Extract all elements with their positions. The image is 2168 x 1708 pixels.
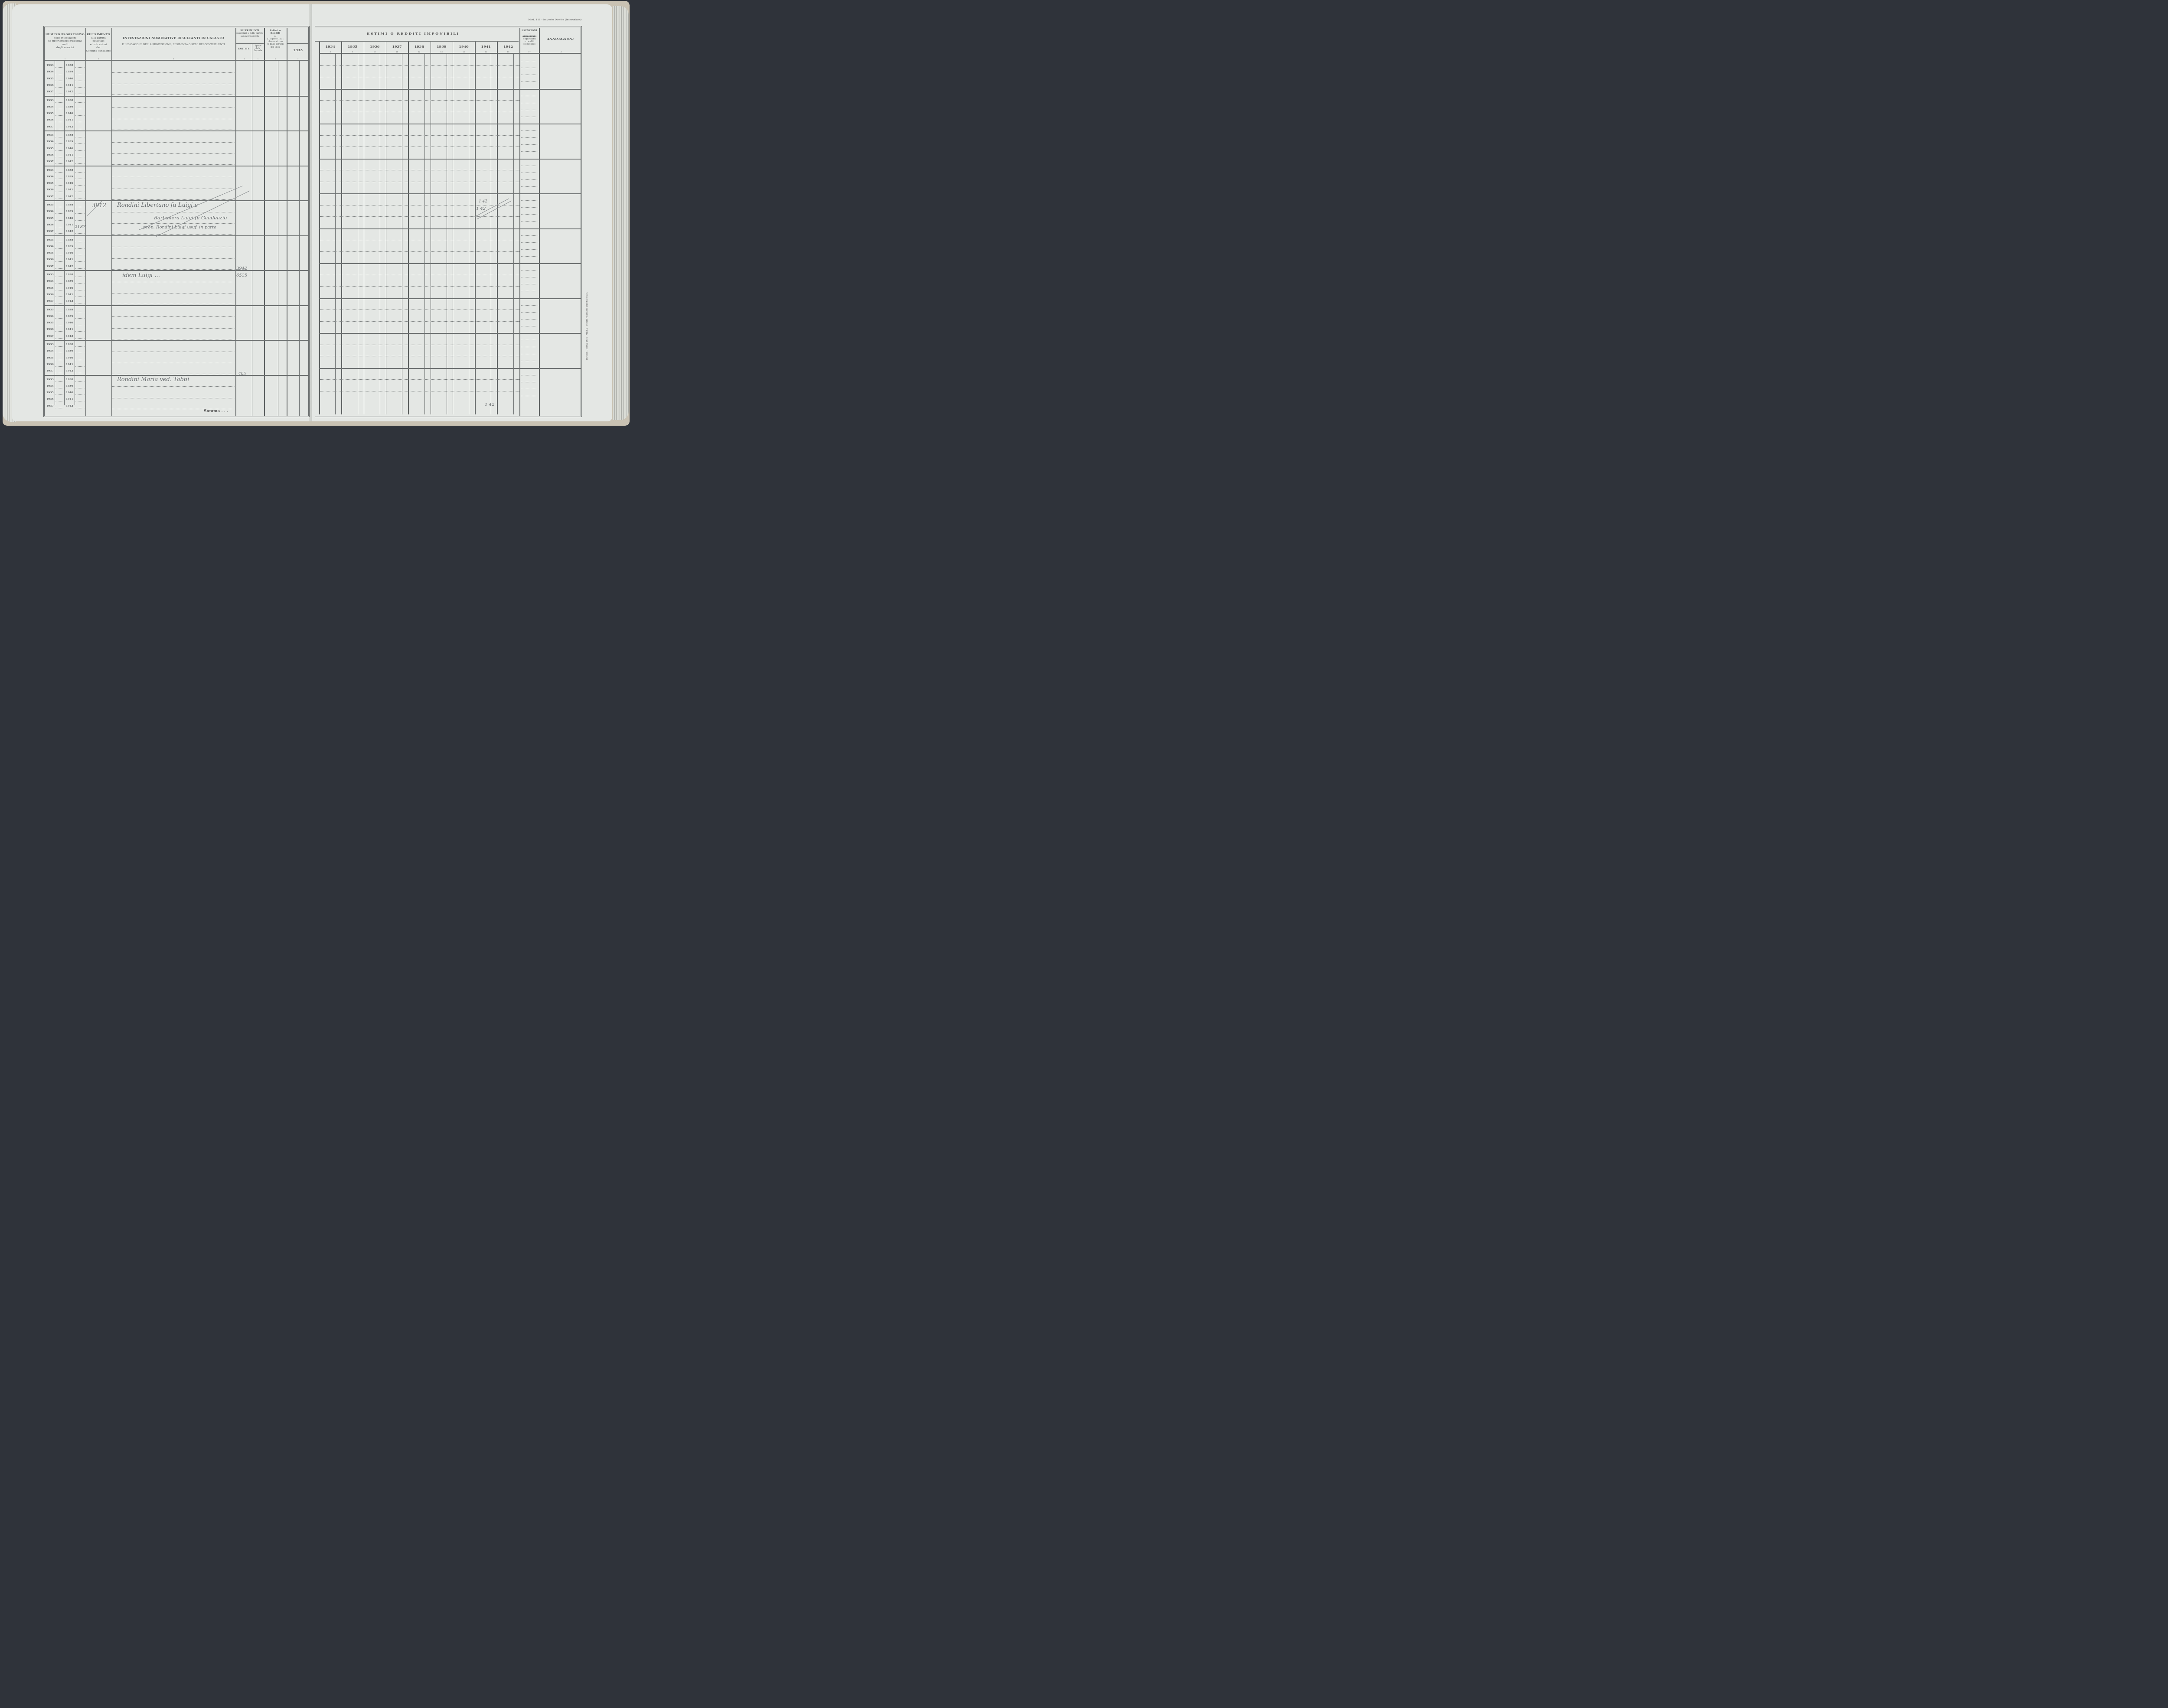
dotted-rule bbox=[75, 373, 85, 373]
year-label: 1941 bbox=[66, 84, 73, 87]
dotted-rule bbox=[521, 256, 538, 257]
dotted-rule bbox=[56, 338, 63, 339]
dotted-rule bbox=[112, 142, 235, 143]
dotted-rule bbox=[56, 87, 63, 88]
subheader-divider bbox=[236, 43, 264, 44]
dotted-rule bbox=[56, 381, 63, 382]
dotted-rule bbox=[56, 242, 63, 242]
header-line: del bbox=[86, 46, 111, 49]
dotted-rule bbox=[75, 213, 85, 214]
row-group-rule bbox=[319, 124, 581, 124]
year-label: 1934 bbox=[46, 385, 54, 388]
year-label: 1933 bbox=[46, 99, 54, 102]
dotted-rule bbox=[75, 381, 85, 382]
dotted-rule bbox=[75, 303, 85, 303]
header-year-1941: 1941 bbox=[475, 44, 497, 49]
dotted-rule bbox=[75, 179, 85, 179]
dotted-rule bbox=[112, 386, 235, 387]
dotted-rule bbox=[521, 312, 538, 313]
year-label: 1935 bbox=[46, 251, 54, 254]
dotted-rule bbox=[56, 227, 63, 227]
dotted-rule bbox=[56, 325, 63, 325]
year-label: 1941 bbox=[66, 398, 73, 401]
right-register-table bbox=[315, 26, 582, 417]
row-group-rule bbox=[45, 130, 308, 131]
dotted-rule bbox=[56, 213, 63, 214]
year-label: 1940 bbox=[66, 77, 73, 80]
column-divider bbox=[519, 28, 520, 416]
dotted-rule bbox=[320, 391, 519, 391]
header-year-1938: 1938 bbox=[408, 44, 430, 49]
dotted-rule bbox=[521, 179, 538, 180]
year-label: 1936 bbox=[46, 258, 54, 261]
dotted-rule bbox=[521, 396, 538, 396]
year-label: 1941 bbox=[66, 258, 73, 261]
entry-partita: 6535 bbox=[236, 273, 247, 278]
header-title: Estimi o Redditi bbox=[264, 29, 286, 35]
year-label: 1939 bbox=[66, 140, 73, 143]
year-label: 1941 bbox=[66, 188, 73, 191]
year-label: 1937 bbox=[46, 300, 54, 303]
year-label: 1933 bbox=[46, 238, 54, 241]
year-label: 1936 bbox=[46, 398, 54, 401]
year-label: 1935 bbox=[46, 147, 54, 150]
dotted-rule bbox=[56, 312, 63, 312]
dotted-rule bbox=[112, 72, 235, 73]
dotted-rule bbox=[56, 157, 63, 157]
header-title: PARTITE bbox=[236, 48, 251, 50]
dotted-rule bbox=[75, 172, 85, 173]
dotted-rule bbox=[75, 242, 85, 242]
row-group-rule bbox=[319, 333, 581, 334]
dotted-rule bbox=[320, 379, 519, 380]
header-line: sussidiari e delle partite bbox=[236, 32, 264, 35]
dotted-rule bbox=[112, 328, 235, 329]
row-group-rule bbox=[319, 193, 581, 194]
dotted-rule bbox=[75, 74, 85, 74]
year-label: 1936 bbox=[46, 223, 54, 226]
header-esenzioni: ESENZIONI — Ammontare degli estimi o red… bbox=[520, 29, 539, 46]
dotted-rule bbox=[75, 268, 85, 269]
dotted-rule bbox=[112, 95, 235, 95]
year-label: 1937 bbox=[46, 404, 54, 407]
dotted-rule bbox=[56, 163, 63, 164]
dotted-rule bbox=[112, 177, 235, 177]
year-label: 1935 bbox=[46, 182, 54, 185]
year-label: 1934 bbox=[46, 105, 54, 108]
dotted-rule bbox=[56, 401, 63, 401]
dotted-rule bbox=[521, 110, 538, 110]
printer-note: (4103681) Roma, 1931 - Anno X - Istituto… bbox=[586, 292, 588, 360]
dotted-rule bbox=[56, 192, 63, 192]
year-label: 1940 bbox=[66, 391, 73, 394]
cents-divider bbox=[335, 54, 336, 414]
header-line: e indicazioni bbox=[86, 43, 111, 46]
dotted-rule bbox=[75, 115, 85, 116]
dotted-rule bbox=[75, 318, 85, 319]
dotted-rule bbox=[56, 109, 63, 109]
dotted-rule bbox=[56, 268, 63, 269]
dotted-rule bbox=[75, 109, 85, 109]
year-label: 1937 bbox=[46, 369, 54, 372]
dotted-rule bbox=[75, 346, 85, 347]
dotted-rule bbox=[521, 242, 538, 243]
dotted-rule bbox=[56, 129, 63, 129]
footer-total-1941: 1 42 bbox=[485, 402, 494, 407]
dotted-rule bbox=[320, 216, 519, 217]
header-estimi-1931: Estimi o Redditi al 31 agosto 1931 che s… bbox=[264, 29, 286, 49]
dotted-rule bbox=[521, 249, 538, 250]
dotted-rule bbox=[112, 398, 235, 398]
dotted-rule bbox=[75, 199, 85, 199]
year-label: 1937 bbox=[46, 195, 54, 198]
dotted-rule bbox=[521, 291, 538, 291]
header-intestazioni: INTESTAZIONI NOMINATIVE RISULTANTI IN CA… bbox=[112, 36, 235, 46]
column-divider bbox=[299, 61, 300, 416]
header-rule bbox=[319, 53, 581, 54]
year-label: 1937 bbox=[46, 265, 54, 268]
dotted-rule bbox=[75, 67, 85, 68]
dotted-rule bbox=[112, 199, 235, 200]
dotted-rule bbox=[56, 94, 63, 94]
year-label: 1940 bbox=[66, 321, 73, 324]
header-year-1935: 1935 bbox=[341, 44, 363, 49]
subheader-divider bbox=[287, 43, 309, 44]
cents-divider bbox=[424, 54, 425, 414]
header-riferimenti-sussidiari: RIFERIMENTI sussidiari e delle partite s… bbox=[236, 29, 264, 38]
year-label: 1938 bbox=[66, 99, 73, 102]
year-label: 1941 bbox=[66, 328, 73, 331]
dotted-rule bbox=[56, 185, 63, 186]
year-label: 1939 bbox=[66, 315, 73, 318]
dotted-rule bbox=[112, 119, 235, 119]
dotted-rule bbox=[56, 303, 63, 303]
dotted-rule bbox=[75, 157, 85, 157]
year-label: 1935 bbox=[46, 77, 54, 80]
year-label: 1938 bbox=[66, 64, 73, 67]
cents-divider bbox=[358, 54, 358, 414]
year-label: 1933 bbox=[46, 134, 54, 137]
entry-name-line: prop. Rondini Luigi usuf. in parte bbox=[143, 225, 216, 230]
cents-divider bbox=[380, 54, 380, 414]
year-label: 1934 bbox=[46, 280, 54, 283]
dotted-rule bbox=[521, 96, 538, 96]
year-label: 1933 bbox=[46, 273, 54, 276]
year-label: 1940 bbox=[66, 112, 73, 115]
year-label: 1941 bbox=[66, 363, 73, 366]
entry-name-line: Rondini Libertano fu Luigi e bbox=[117, 202, 198, 209]
dotted-rule bbox=[521, 319, 538, 319]
dotted-rule bbox=[320, 112, 519, 112]
dotted-rule bbox=[75, 297, 85, 297]
column-divider bbox=[539, 28, 540, 416]
header-line: del 1932 bbox=[264, 46, 286, 49]
dotted-rule bbox=[56, 122, 63, 122]
dotted-rule bbox=[521, 200, 538, 201]
column-divider bbox=[111, 28, 112, 416]
year-label: 1935 bbox=[46, 287, 54, 290]
year-label: 1942 bbox=[66, 265, 73, 268]
row-group-rule bbox=[319, 368, 581, 369]
dotted-rule bbox=[112, 339, 235, 339]
header-line: da riportarsi nei rispettivi ruoli bbox=[45, 39, 85, 46]
dotted-rule bbox=[75, 277, 85, 277]
dotted-rule bbox=[521, 214, 538, 215]
dotted-rule bbox=[75, 248, 85, 249]
dotted-rule bbox=[112, 282, 235, 282]
dotted-rule bbox=[112, 164, 235, 165]
dotted-rule bbox=[521, 270, 538, 271]
row-group-rule bbox=[45, 375, 308, 376]
year-label: 1940 bbox=[66, 147, 73, 150]
row-group-rule bbox=[45, 96, 308, 97]
header-riferimento: RIFERIMENTO alla partita catastale e ind… bbox=[86, 33, 111, 52]
dotted-rule bbox=[56, 74, 63, 74]
year-label: 1934 bbox=[46, 349, 54, 352]
header-line: senza imponibile bbox=[236, 35, 264, 38]
dotted-rule bbox=[521, 354, 538, 354]
year-label: 1938 bbox=[66, 134, 73, 137]
year-label: 1936 bbox=[46, 153, 54, 156]
year-label: 1941 bbox=[66, 153, 73, 156]
dotted-rule bbox=[320, 240, 519, 240]
header-subtitle: E INDICAZIONE DELLA PROFESSIONE, RESIDEN… bbox=[112, 43, 235, 46]
entry-name-line: idem Luigi ... bbox=[122, 272, 160, 279]
dotted-rule bbox=[320, 77, 519, 77]
dotted-rule bbox=[75, 366, 85, 367]
dotted-rule bbox=[112, 130, 235, 130]
header-year-1940: 1940 bbox=[453, 44, 475, 49]
dotted-rule bbox=[75, 360, 85, 360]
dotted-rule bbox=[320, 182, 519, 182]
year-label: 1934 bbox=[46, 315, 54, 318]
dotted-rule bbox=[320, 251, 519, 252]
year-label: 1935 bbox=[46, 356, 54, 359]
dotted-rule bbox=[112, 269, 235, 270]
row-group-rule bbox=[319, 263, 581, 264]
dotted-rule bbox=[112, 258, 235, 259]
header-line: delle intestazioni bbox=[45, 36, 85, 40]
dotted-rule bbox=[56, 255, 63, 255]
dotted-rule bbox=[56, 394, 63, 395]
dotted-rule bbox=[75, 394, 85, 395]
dotted-rule bbox=[75, 129, 85, 129]
dotted-rule bbox=[521, 277, 538, 277]
dotted-rule bbox=[56, 318, 63, 319]
entry-amount-1941: 1 42 bbox=[476, 206, 486, 211]
row-group-rule bbox=[319, 159, 581, 160]
year-label: 1933 bbox=[46, 203, 54, 206]
year-label: 1935 bbox=[46, 391, 54, 394]
year-label: 1938 bbox=[66, 378, 73, 381]
dotted-rule bbox=[320, 275, 519, 275]
row-group-rule bbox=[45, 305, 308, 306]
row-group-rule bbox=[45, 166, 308, 166]
year-label: 1936 bbox=[46, 328, 54, 331]
dotted-rule bbox=[56, 283, 63, 284]
dotted-rule bbox=[75, 102, 85, 103]
dotted-rule bbox=[75, 261, 85, 262]
dotted-rule bbox=[320, 205, 519, 205]
column-divider bbox=[252, 43, 252, 416]
dotted-rule bbox=[521, 75, 538, 75]
dotted-rule bbox=[521, 361, 538, 361]
dotted-rule bbox=[56, 199, 63, 199]
dotted-rule bbox=[56, 220, 63, 221]
year-label: 1940 bbox=[66, 251, 73, 254]
year-label: 1942 bbox=[66, 90, 73, 93]
column-divider bbox=[264, 28, 265, 416]
year-label: 1937 bbox=[46, 335, 54, 338]
year-label: 1938 bbox=[66, 238, 73, 241]
dotted-rule bbox=[56, 102, 63, 103]
column-divider bbox=[75, 61, 75, 405]
dotted-rule bbox=[112, 304, 235, 304]
dotted-rule bbox=[75, 401, 85, 401]
dotted-rule bbox=[56, 248, 63, 249]
dotted-rule bbox=[56, 408, 63, 408]
left-register-table bbox=[43, 26, 310, 417]
cents-divider bbox=[469, 54, 469, 414]
header-estimi-imponibili: ESTIMI O REDDITI IMPONIBILI bbox=[367, 31, 460, 36]
right-page-edges bbox=[613, 6, 629, 420]
dotted-rule bbox=[320, 170, 519, 170]
dotted-rule bbox=[75, 353, 85, 353]
year-label: 1942 bbox=[66, 230, 73, 233]
dotted-rule bbox=[56, 261, 63, 262]
dotted-rule bbox=[112, 153, 235, 154]
dotted-rule bbox=[75, 312, 85, 312]
dotted-rule bbox=[521, 173, 538, 173]
year-label: 1938 bbox=[66, 169, 73, 172]
dotted-rule bbox=[75, 325, 85, 325]
dotted-rule bbox=[320, 135, 519, 136]
dotted-rule bbox=[75, 290, 85, 290]
dotted-rule bbox=[521, 151, 538, 152]
dotted-rule bbox=[75, 388, 85, 388]
header-partite: PARTITE bbox=[236, 48, 251, 50]
year-label: 1933 bbox=[46, 378, 54, 381]
dotted-rule bbox=[56, 137, 63, 137]
year-label: 1941 bbox=[66, 118, 73, 121]
year-label: 1942 bbox=[66, 160, 73, 163]
dotted-rule bbox=[75, 122, 85, 122]
year-label: 1940 bbox=[66, 356, 73, 359]
dotted-rule bbox=[75, 143, 85, 144]
year-label: 1934 bbox=[46, 210, 54, 213]
dotted-rule bbox=[521, 326, 538, 326]
dotted-rule bbox=[75, 331, 85, 332]
year-label: 1942 bbox=[66, 404, 73, 407]
dotted-rule bbox=[56, 143, 63, 144]
dotted-rule bbox=[521, 117, 538, 117]
column-divider bbox=[85, 28, 86, 416]
row-group-rule bbox=[45, 235, 308, 236]
row-group-rule bbox=[45, 200, 308, 201]
dotted-rule bbox=[320, 321, 519, 322]
column-divider bbox=[64, 61, 65, 405]
dotted-rule bbox=[112, 316, 235, 317]
year-label: 1939 bbox=[66, 175, 73, 178]
header-year-1934: 1934 bbox=[319, 44, 341, 49]
year-label: 1938 bbox=[66, 273, 73, 276]
dotted-rule bbox=[56, 360, 63, 360]
column-divider bbox=[278, 61, 278, 416]
dotted-rule bbox=[521, 137, 538, 138]
dotted-rule bbox=[56, 233, 63, 234]
year-label: 1935 bbox=[46, 321, 54, 324]
subheader-divider bbox=[315, 41, 519, 42]
year-label: 1939 bbox=[66, 385, 73, 388]
entry-numero-side: 2187 bbox=[75, 225, 85, 229]
header-title: Specie della Imposta bbox=[252, 45, 264, 52]
header-title: NUMERO PROGRESSIVO bbox=[45, 33, 85, 36]
dotted-rule bbox=[521, 235, 538, 236]
dotted-rule bbox=[56, 179, 63, 179]
dotted-rule bbox=[112, 223, 235, 224]
dotted-rule bbox=[56, 172, 63, 173]
header-numero-progressivo: NUMERO PROGRESSIVO delle intestazioni da… bbox=[45, 33, 85, 49]
header-line: alla partita catastale bbox=[86, 36, 111, 43]
dotted-rule bbox=[56, 207, 63, 207]
year-label: 1933 bbox=[46, 308, 54, 311]
dotted-rule bbox=[320, 345, 519, 345]
dotted-rule bbox=[521, 81, 538, 82]
year-label: 1938 bbox=[66, 308, 73, 311]
dotted-rule bbox=[75, 150, 85, 151]
header-line: di base ai ruoli bbox=[264, 43, 286, 46]
year-label: 1940 bbox=[66, 182, 73, 185]
dotted-rule bbox=[521, 389, 538, 389]
dotted-rule bbox=[56, 353, 63, 353]
dotted-rule bbox=[112, 189, 235, 189]
row-group-rule bbox=[319, 298, 581, 299]
year-label: 1936 bbox=[46, 363, 54, 366]
dotted-rule bbox=[521, 61, 538, 61]
year-label: 1934 bbox=[46, 175, 54, 178]
dotted-rule bbox=[56, 366, 63, 367]
year-label: 1936 bbox=[46, 188, 54, 191]
dotted-rule bbox=[112, 352, 235, 352]
year-label: 1936 bbox=[46, 118, 54, 121]
year-label: 1940 bbox=[66, 217, 73, 220]
dotted-rule bbox=[112, 84, 235, 84]
dotted-rule bbox=[521, 68, 538, 68]
year-label: 1942 bbox=[66, 125, 73, 128]
dotted-rule bbox=[56, 373, 63, 373]
dotted-rule bbox=[521, 347, 538, 347]
year-label: 1942 bbox=[66, 300, 73, 303]
year-label: 1935 bbox=[46, 112, 54, 115]
year-label: 1934 bbox=[46, 245, 54, 248]
dotted-rule bbox=[75, 207, 85, 207]
dotted-rule bbox=[521, 284, 538, 284]
year-label: 1937 bbox=[46, 160, 54, 163]
year-label: 1937 bbox=[46, 125, 54, 128]
dotted-rule bbox=[521, 375, 538, 375]
dotted-rule bbox=[320, 356, 519, 356]
dotted-rule bbox=[75, 192, 85, 192]
dotted-rule bbox=[56, 67, 63, 68]
dotted-rule bbox=[56, 388, 63, 388]
dotted-rule bbox=[112, 293, 235, 293]
dotted-rule bbox=[75, 185, 85, 186]
header-year-1939: 1939 bbox=[431, 44, 453, 49]
header-annotazioni: ANNOTAZIONI bbox=[540, 37, 581, 41]
year-label: 1935 bbox=[46, 217, 54, 220]
dotted-rule bbox=[112, 247, 235, 247]
dotted-rule bbox=[320, 100, 519, 101]
